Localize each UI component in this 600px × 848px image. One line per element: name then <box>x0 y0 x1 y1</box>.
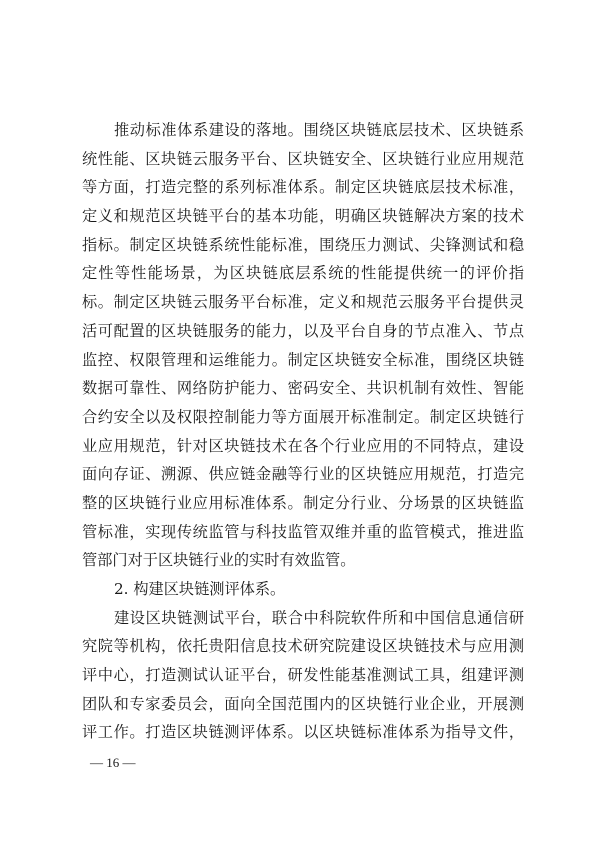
text-line: 业应用规范，针对区块链技术在各个行业应用的不同特点，建设 <box>82 432 524 461</box>
document-page: 推动标准体系建设的落地。围绕区块链底层技术、区块链系 统性能、区块链云服务平台、… <box>0 0 600 848</box>
body-text: 推动标准体系建设的落地。围绕区块链底层技术、区块链系 统性能、区块链云服务平台、… <box>82 116 524 747</box>
text-line: 定性等性能场景，为区块链底层系统的性能提供统一的评价指 <box>82 259 524 288</box>
text-line: 面向存证、溯源、供应链金融等行业的区块链应用规范，打造完 <box>82 460 524 489</box>
text-line: 定义和规范区块链平台的基本功能，明确区块链解决方案的技术 <box>82 202 524 231</box>
text-line: 建设区块链测试平台，联合中科院软件所和中国信息通信研 <box>82 604 524 633</box>
text-line: 监控、权限管理和运维能力。制定区块链安全标准，围绕区块链 <box>82 346 524 375</box>
text-line: 团队和专家委员会，面向全国范围内的区块链行业企业，开展测 <box>82 690 524 719</box>
text-line: 合约安全以及权限控制能力等方面展开标准制定。制定区块链行 <box>82 403 524 432</box>
text-line: 评工作。打造区块链测评体系。以区块链标准体系为指导文件， <box>82 718 524 747</box>
text-line: 究院等机构，依托贵阳信息技术研究院建设区块链技术与应用测 <box>82 632 524 661</box>
text-line: 管部门对于区块链行业的实时有效监管。 <box>82 546 524 575</box>
text-line: 统性能、区块链云服务平台、区块链安全、区块链行业应用规范 <box>82 145 524 174</box>
text-line: 数据可靠性、网络防护能力、密码安全、共识机制有效性、智能 <box>82 374 524 403</box>
text-line: 评中心，打造测试认证平台，研发性能基准测试工具，组建评测 <box>82 661 524 690</box>
text-line: 活可配置的区块链服务的能力，以及平台自身的节点准入、节点 <box>82 317 524 346</box>
section-heading: 2. 构建区块链测评体系。 <box>82 575 524 604</box>
text-line: 等方面，打造完整的系列标准体系。制定区块链底层技术标准， <box>82 173 524 202</box>
text-line: 推动标准体系建设的落地。围绕区块链底层技术、区块链系 <box>82 116 524 145</box>
text-line: 整的区块链行业应用标准体系。制定分行业、分场景的区块链监 <box>82 489 524 518</box>
text-line: 管标准，实现传统监管与科技监管双维并重的监管模式，推进监 <box>82 518 524 547</box>
text-line: 标。制定区块链云服务平台标准，定义和规范云服务平台提供灵 <box>82 288 524 317</box>
page-number: — 16 — <box>90 754 136 772</box>
text-line: 指标。制定区块链系统性能标准，围绕压力测试、尖锋测试和稳 <box>82 231 524 260</box>
